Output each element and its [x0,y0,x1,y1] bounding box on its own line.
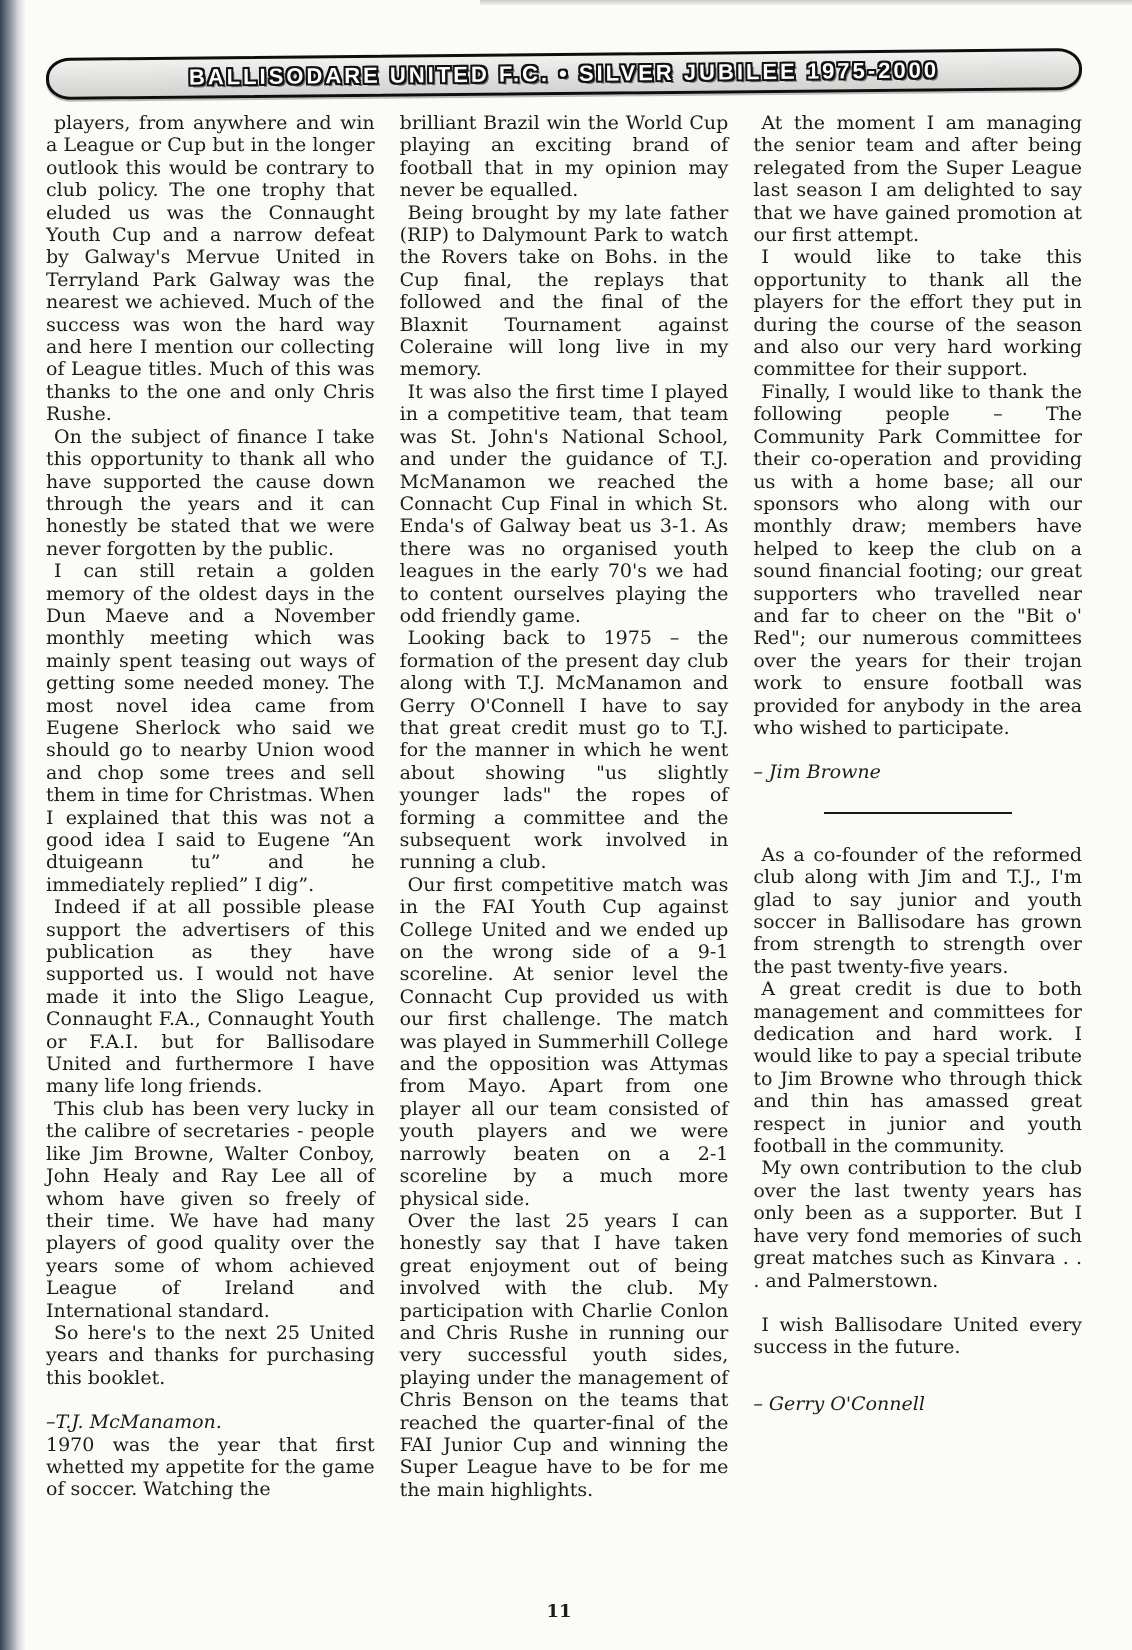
column-3: At the moment I am managing the senior t… [753,112,1082,1501]
column-2: brilliant Brazil win the World Cup playi… [400,112,729,1501]
paragraph: On the subject of finance I take this op… [46,426,375,560]
paragraph: Indeed if at all possible please support… [46,896,375,1098]
paragraph: At the moment I am managing the senior t… [753,112,1082,246]
column-1: players, from anywhere and win a League … [46,112,375,1501]
paragraph: brilliant Brazil win the World Cup playi… [400,112,729,202]
signature-tj-mcmanamon: –T.J. McManamon. [46,1411,375,1433]
paragraph: players, from anywhere and win a League … [46,112,375,426]
banner-pill: BALLISODARE UNITED F.C. • SILVER JUBILEE… [46,48,1082,100]
paragraph: Our first competitive match was in the F… [400,874,729,1210]
signature-jim-browne: – Jim Browne [753,761,1082,783]
paragraph: I would like to take this opportunity to… [753,246,1082,380]
banner-title: BALLISODARE UNITED F.C. • SILVER JUBILEE… [189,57,939,90]
paragraph: Being brought by my late father (RIP) to… [400,202,729,381]
paragraph: This club has been very lucky in the cal… [46,1098,375,1322]
section-divider [824,812,1012,814]
paragraph: My own contribution to the club over the… [753,1157,1082,1291]
paragraph: Finally, I would like to thank the follo… [753,381,1082,740]
signature-gerry-oconnell: – Gerry O'Connell [753,1393,1082,1415]
paragraph: So here's to the next 25 United years an… [46,1322,375,1389]
article-columns: players, from anywhere and win a League … [46,112,1082,1501]
paragraph: Looking back to 1975 – the formation of … [400,627,729,873]
jubilee-banner: BALLISODARE UNITED F.C. • SILVER JUBILEE… [46,48,1082,100]
paragraph: It was also the first time I played in a… [400,381,729,627]
paragraph: 1970 was the year that first whetted my … [46,1434,375,1501]
paragraph: Over the last 25 years I can honestly sa… [400,1210,729,1501]
page-footer: 11 [46,1601,1072,1622]
scan-top-edge [480,0,1132,6]
paragraph: A great credit is due to both management… [753,978,1082,1157]
paragraph: As a co-founder of the reformed club alo… [753,844,1082,978]
paragraph: I wish Ballisodare United every success … [753,1314,1082,1359]
paragraph: I can still retain a golden memory of th… [46,560,375,896]
page-number: 11 [546,1601,571,1622]
scan-spine-shadow [0,0,26,1650]
